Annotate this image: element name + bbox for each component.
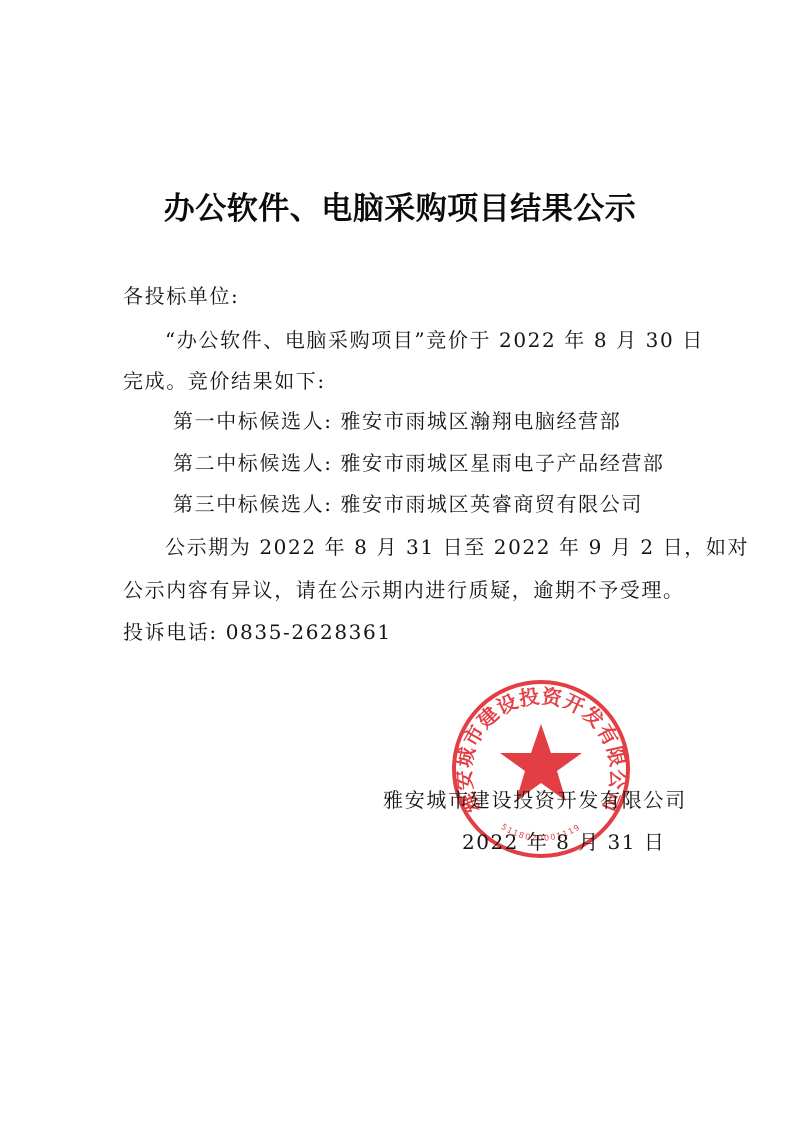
paragraph-2-line-2: 公示内容有异议，请在公示期内进行质疑，逾期不予受理。 <box>123 577 685 603</box>
candidate-1: 第一中标候选人: 雅安市雨城区瀚翔电脑经营部 <box>173 408 621 434</box>
paragraph-2-line-1: 公示期为 2022 年 8 月 31 日至 2022 年 9 月 2 日，如对 <box>165 534 749 560</box>
signature-company: 雅安城市建设投资开发有限公司 <box>383 787 687 813</box>
candidate-1-label: 第一中标候选人: <box>173 409 333 433</box>
signature-date: 2022 年 8 月 31 日 <box>462 829 665 855</box>
candidate-3-name: 雅安市雨城区英睿商贸有限公司 <box>341 492 643 516</box>
salutation: 各投标单位: <box>123 283 239 309</box>
paragraph-1-line-2: 完成。竞价结果如下: <box>123 368 326 394</box>
candidate-3-label: 第三中标候选人: <box>173 492 333 516</box>
complaint-phone: 投诉电话: 0835-2628361 <box>123 619 392 645</box>
document-title: 办公软件、电脑采购项目结果公示 <box>0 183 800 228</box>
complaint-phone-label: 投诉电话: <box>123 620 218 644</box>
candidate-3: 第三中标候选人: 雅安市雨城区英睿商贸有限公司 <box>173 491 643 517</box>
candidate-2: 第二中标候选人: 雅安市雨城区星雨电子产品经营部 <box>173 450 665 476</box>
candidate-1-name: 雅安市雨城区瀚翔电脑经营部 <box>341 409 622 433</box>
candidate-2-label: 第二中标候选人: <box>173 451 333 475</box>
complaint-phone-number: 0835-2628361 <box>226 620 392 644</box>
paragraph-1-line-1: “办公软件、电脑采购项目”竞价于 2022 年 8 月 30 日 <box>165 327 704 353</box>
candidate-2-name: 雅安市雨城区星雨电子产品经营部 <box>341 451 665 475</box>
document-page: 办公软件、电脑采购项目结果公示 各投标单位: “办公软件、电脑采购项目”竞价于 … <box>0 0 800 1131</box>
